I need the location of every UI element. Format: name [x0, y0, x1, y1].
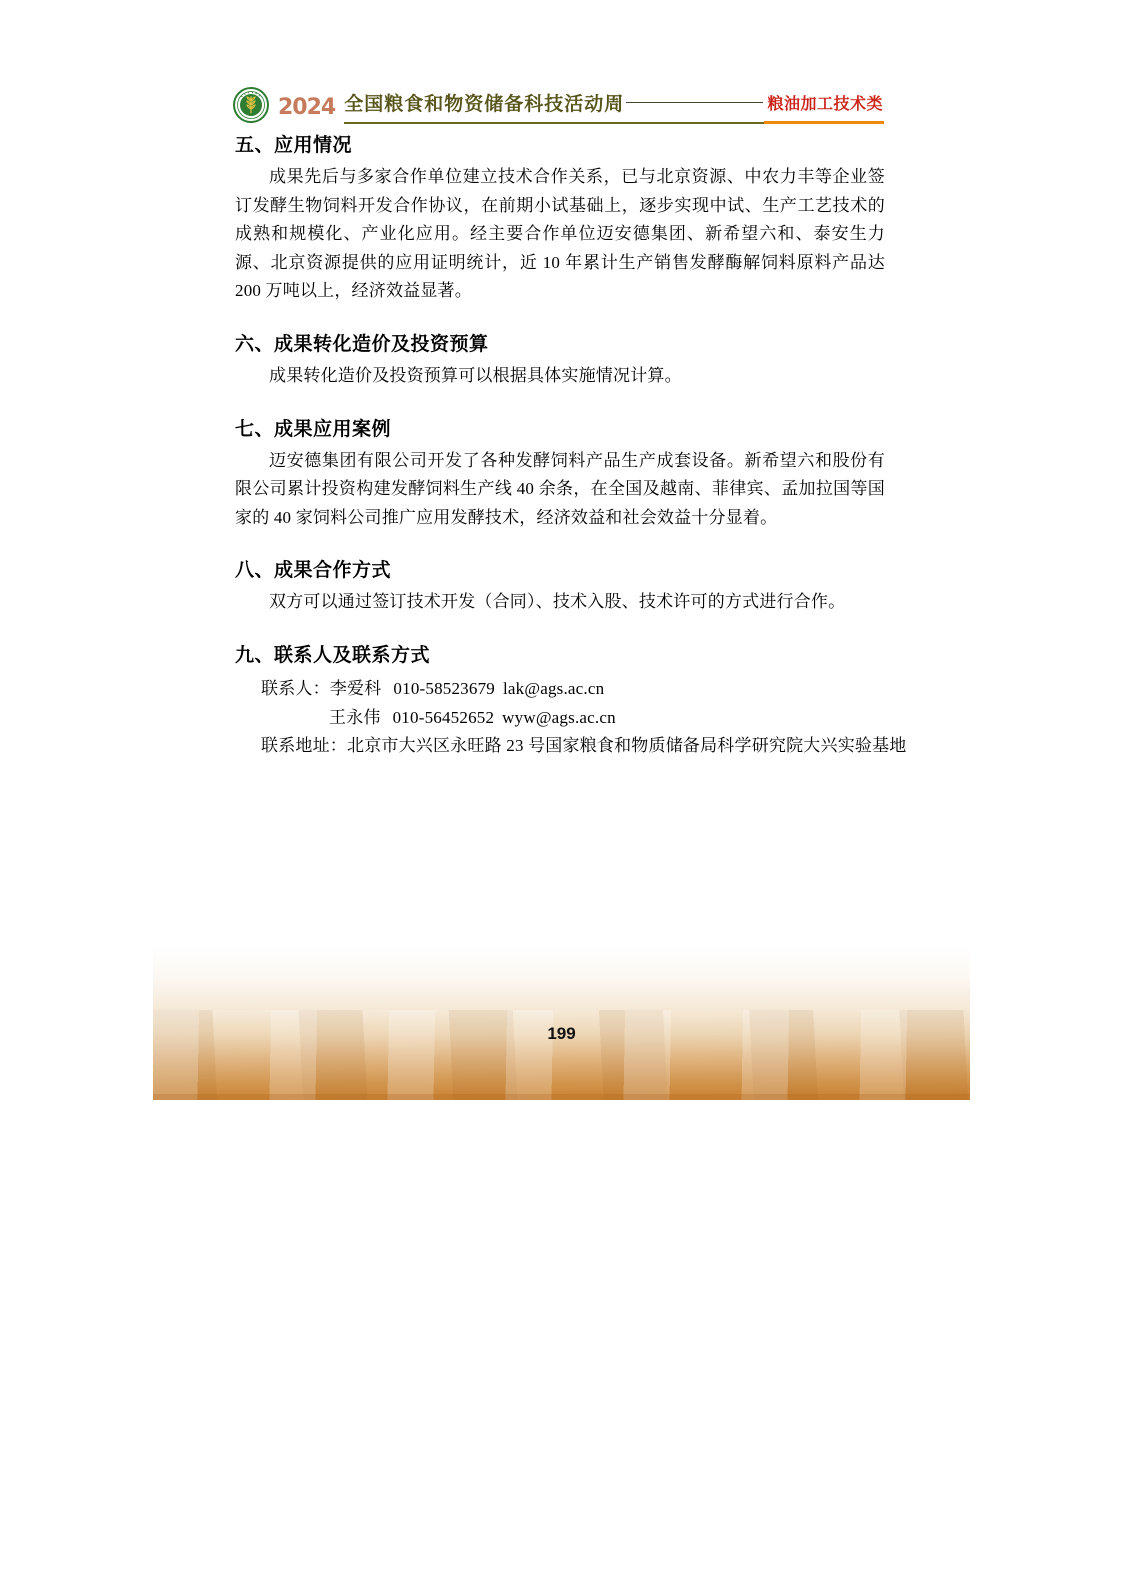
contact-label: 联系人：: [261, 679, 330, 698]
contact-person1-name: 李爱科: [330, 679, 382, 698]
section-heading: 七、成果应用案例: [235, 418, 885, 442]
section-paragraph: 成果转化造价及投资预算可以根据具体实施情况计算。: [235, 362, 885, 391]
contact-address-label: 联系地址：: [261, 736, 347, 755]
contact-block: 联系人：李爱科010-58523679lak@ags.ac.cn 王永伟010-…: [235, 675, 885, 761]
category-label: 粮油加工技术类: [767, 91, 883, 114]
section-application-cases: 七、成果应用案例 迈安德集团有限公司开发了各种发酵饲料产品生产成套设备。新希望六…: [235, 418, 885, 533]
event-title: 全国粮食和物资储备科技活动周: [344, 89, 624, 116]
section-heading: 九、联系人及联系方式: [235, 644, 885, 668]
footer-banner: 199: [153, 944, 970, 1100]
section-cooperation-mode: 八、成果合作方式 双方可以通过签订技术开发（合同）、技术入股、技术许可的方式进行…: [235, 559, 885, 617]
document-body: 五、应用情况 成果先后与多家合作单位建立技术合作关系，已与北京资源、中农力丰等企…: [235, 134, 885, 761]
section-paragraph: 迈安德集团有限公司开发了各种发酵饲料产品生产成套设备。新希望六和股份有限公司累计…: [235, 447, 885, 533]
category-tab: 粮油加工技术类: [764, 86, 884, 124]
contact-person1-phone: 010-58523679: [393, 679, 495, 698]
contact-address: 北京市大兴区永旺路 23 号国家粮食和物质储备局科学研究院大兴实验基地: [347, 736, 907, 755]
contact-person2-email: wyw@ags.ac.cn: [502, 708, 616, 727]
page-number: 199: [153, 1024, 970, 1044]
contact-line-address: 联系地址：北京市大兴区永旺路 23 号国家粮食和物质储备局科学研究院大兴实验基地: [235, 732, 885, 761]
wheat-emblem-icon: [233, 87, 269, 123]
section-paragraph: 成果先后与多家合作单位建立技术合作关系，已与北京资源、中农力丰等企业签订发酵生物…: [235, 163, 885, 306]
contact-person1-email: lak@ags.ac.cn: [503, 679, 604, 698]
section-application-status: 五、应用情况 成果先后与多家合作单位建立技术合作关系，已与北京资源、中农力丰等企…: [235, 134, 885, 306]
header-title-group: 全国粮食和物资储备科技活动周: [344, 86, 764, 124]
contact-person2-name: 王永伟: [329, 708, 381, 727]
header-rule-line: [626, 102, 763, 103]
contact-line-person1: 联系人：李爱科010-58523679lak@ags.ac.cn: [235, 675, 885, 704]
section-heading: 六、成果转化造价及投资预算: [235, 333, 885, 357]
contact-line-person2: 王永伟010-56452652wyw@ags.ac.cn: [235, 704, 885, 733]
section-heading: 八、成果合作方式: [235, 559, 885, 583]
section-paragraph: 双方可以通过签订技术开发（合同）、技术入股、技术许可的方式进行合作。: [235, 588, 885, 617]
section-conversion-cost: 六、成果转化造价及投资预算 成果转化造价及投资预算可以根据具体实施情况计算。: [235, 333, 885, 391]
page-header: 2024 全国粮食和物资储备科技活动周 粮油加工技术类: [233, 86, 884, 124]
section-heading: 五、应用情况: [235, 134, 885, 158]
contact-person2-phone: 010-56452652: [393, 708, 495, 727]
document-page: { "header": { "year": "2024", "event_tit…: [0, 0, 1122, 1588]
year-label: 2024: [278, 91, 335, 120]
section-contact-info: 九、联系人及联系方式 联系人：李爱科010-58523679lak@ags.ac…: [235, 644, 885, 761]
